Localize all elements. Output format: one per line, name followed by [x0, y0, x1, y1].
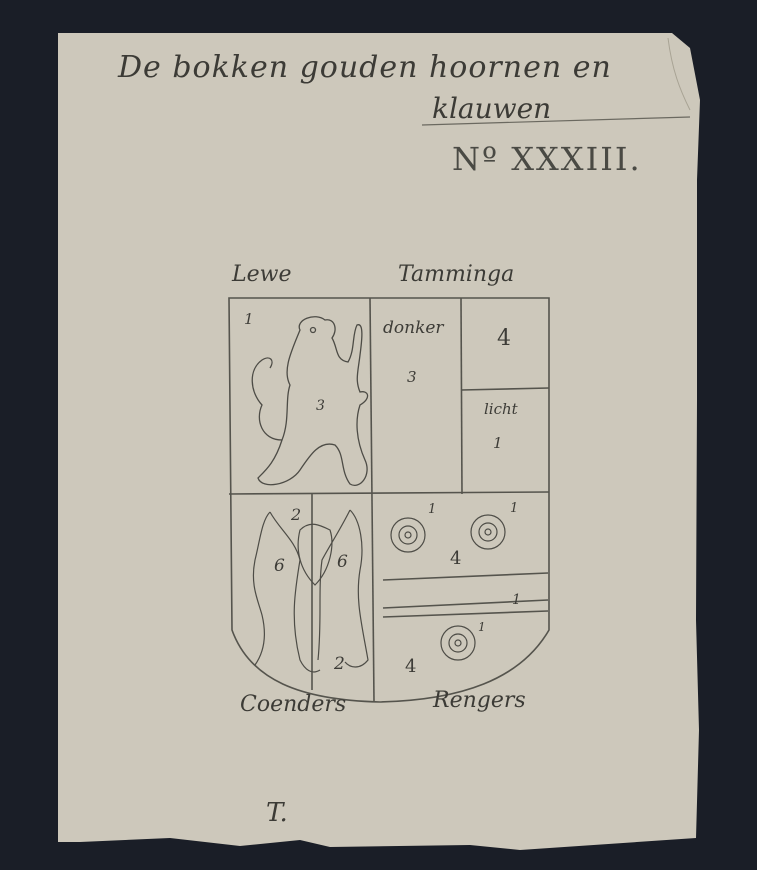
initial-mark: T. [266, 798, 288, 828]
text-donker: donker [383, 318, 444, 338]
mark-q5-a: 2 [291, 505, 301, 524]
label-rengers: Rengers [433, 688, 526, 713]
mark-q4: 1 [493, 434, 503, 452]
text-licht: licht [484, 400, 518, 418]
mark-q7: 1 [512, 592, 521, 608]
label-lewe: Lewe [232, 262, 291, 287]
mark-q1-a: 1 [244, 310, 254, 328]
mark-q6-b: 1 [510, 501, 518, 516]
mark-q3: 4 [497, 326, 511, 351]
mark-q6-c: 4 [450, 548, 461, 569]
document-number: Nº XXXIII. [452, 140, 642, 178]
paper-sheet [0, 0, 757, 870]
title-line-1: De bokken gouden hoornen en [118, 50, 612, 85]
mark-q8-b: 4 [405, 656, 416, 677]
title-line-2: klauwen [432, 92, 551, 125]
mark-q5-d: 2 [334, 654, 345, 674]
mark-q8-a: 1 [478, 620, 486, 634]
label-coenders: Coenders [240, 692, 346, 717]
mark-q5-c: 6 [337, 552, 348, 572]
mark-q1-b: 3 [316, 398, 325, 414]
mark-q2: 3 [407, 368, 417, 386]
mark-q6-a: 1 [428, 502, 436, 517]
document-scan: De bokken gouden hoornen en klauwen Nº X… [0, 0, 757, 870]
label-tamminga: Tamminga [398, 262, 514, 287]
mark-q5-b: 6 [274, 556, 285, 576]
